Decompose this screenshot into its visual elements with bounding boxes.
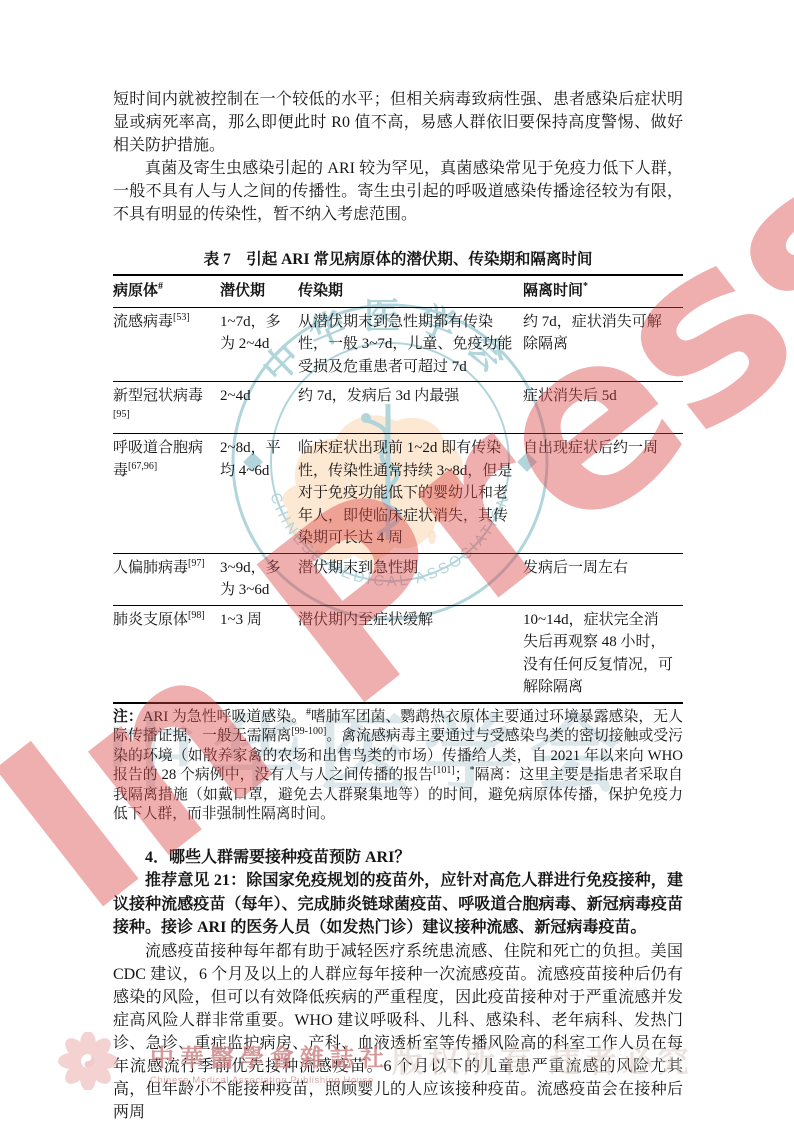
table-row: 人偏肺病毒[97] 3~9d，多为 3~6d 潜伏期末到急性期 发病后一周左右	[113, 553, 683, 605]
table-row: 新型冠状病毒[95] 2~4d 约 7d，发病后 3d 内最强 症状消失后 5d	[113, 382, 683, 434]
cell-infectious: 约 7d，发病后 3d 内最强	[298, 382, 523, 434]
footer: 中華醫學會雜誌社 Chinese Medical Association Pub…	[0, 1028, 794, 1098]
publisher-names: 中華醫學會雜誌社 Chinese Medical Association Pub…	[150, 1038, 390, 1086]
cell-incubation: 3~9d，多为 3~6d	[220, 553, 298, 605]
cell-infectious: 潜伏期末到急性期	[298, 553, 523, 605]
cell-incubation: 2~4d	[220, 382, 298, 434]
table-7-title: 表 7 引起 ARI 常见病原体的潜伏期、传染期和隔离时间	[113, 247, 683, 269]
table-row: 肺炎支原体[98] 1~3 周 潜伏期内至症状缓解 10~14d，症状完全消失后…	[113, 605, 683, 703]
publisher-name-en: Chinese Medical Association Publishing H…	[150, 1075, 390, 1086]
cell-incubation: 1~7d，多为 2~4d	[220, 307, 298, 382]
cell-isolation: 约 7d，症状消失可解除隔离	[523, 307, 683, 382]
cell-incubation: 1~3 周	[220, 605, 298, 703]
cell-infectious: 潜伏期内至症状缓解	[298, 605, 523, 703]
header-incubation: 潜伏期	[220, 275, 298, 307]
header-infectious: 传染期	[298, 275, 523, 307]
cell-infectious: 临床症状出现前 1~2d 即有传染性，传染性通常持续 3~8d，但是对于免疫功能…	[298, 434, 523, 554]
table-row: 流感病毒[53] 1~7d，多为 2~4d 从潜伏期末到急性期都有传染性，一般 …	[113, 307, 683, 382]
cell-pathogen: 流感病毒[53]	[113, 307, 220, 382]
cell-incubation: 2~8d，平均 4~6d	[220, 434, 298, 554]
cell-infectious: 从潜伏期末到急性期都有传染性，一般 3~7d，儿童、免疫功能受损及危重患者可超过…	[298, 307, 523, 382]
cell-isolation: 症状消失后 5d	[523, 382, 683, 434]
cell-isolation: 发病后一周左右	[523, 553, 683, 605]
cell-isolation: 10~14d，症状完全消失后再观察 48 小时，没有任何反复情况，可解除隔离	[523, 605, 683, 703]
publisher-flower-logo	[52, 1032, 124, 1090]
recommendation-21: 推荐意见 21：除国家免疫规划的疫苗外，应针对高危人群进行免疫接种，建议接种流感…	[113, 869, 683, 940]
cell-pathogen: 人偏肺病毒[97]	[113, 553, 220, 605]
copyright-emboss-text: 版权所有 违者必究	[392, 1036, 694, 1081]
table-header-row: 病原体# 潜伏期 传染期 隔离时间*	[113, 275, 683, 307]
paragraph-continuation: 短时间内就被控制在一个较低的水平；但相关病毒致病性强、患者感染后症状明显或病死率…	[113, 88, 683, 157]
cell-pathogen: 呼吸道合胞病毒[67,96]	[113, 434, 220, 554]
document-page: 1915 中华医学会 CHINESE MEDICAL ASSOCIATION 中…	[0, 0, 794, 1123]
cell-isolation: 自出现症状后约一周	[523, 434, 683, 554]
cell-pathogen: 肺炎支原体[98]	[113, 605, 220, 703]
cell-pathogen: 新型冠状病毒[95]	[113, 382, 220, 434]
header-isolation: 隔离时间*	[523, 275, 683, 307]
section-heading: 4．哪些人群需要接种疫苗预防 ARI？	[113, 846, 683, 869]
publisher-name-cn: 中華醫學會雜誌社	[150, 1038, 390, 1073]
text-column: 短时间内就被控制在一个较低的水平；但相关病毒致病性强、患者感染后症状明显或病死率…	[113, 88, 683, 1123]
table-row: 呼吸道合胞病毒[67,96] 2~8d，平均 4~6d 临床症状出现前 1~2d…	[113, 434, 683, 554]
ari-pathogen-table: 病原体# 潜伏期 传染期 隔离时间* 流感病毒[53] 1~7d，多为 2~4d…	[113, 274, 683, 704]
paragraph-fungi: 真菌及寄生虫感染引起的 ARI 较为罕见，真菌感染常见于免疫力低下人群，一般不具…	[113, 157, 683, 226]
header-pathogen: 病原体#	[113, 275, 220, 307]
table-note: 注：ARI 为急性呼吸道感染。#嗜肺军团菌、鹦鹉热衣原体主要通过环境暴露感染，无…	[113, 708, 683, 826]
